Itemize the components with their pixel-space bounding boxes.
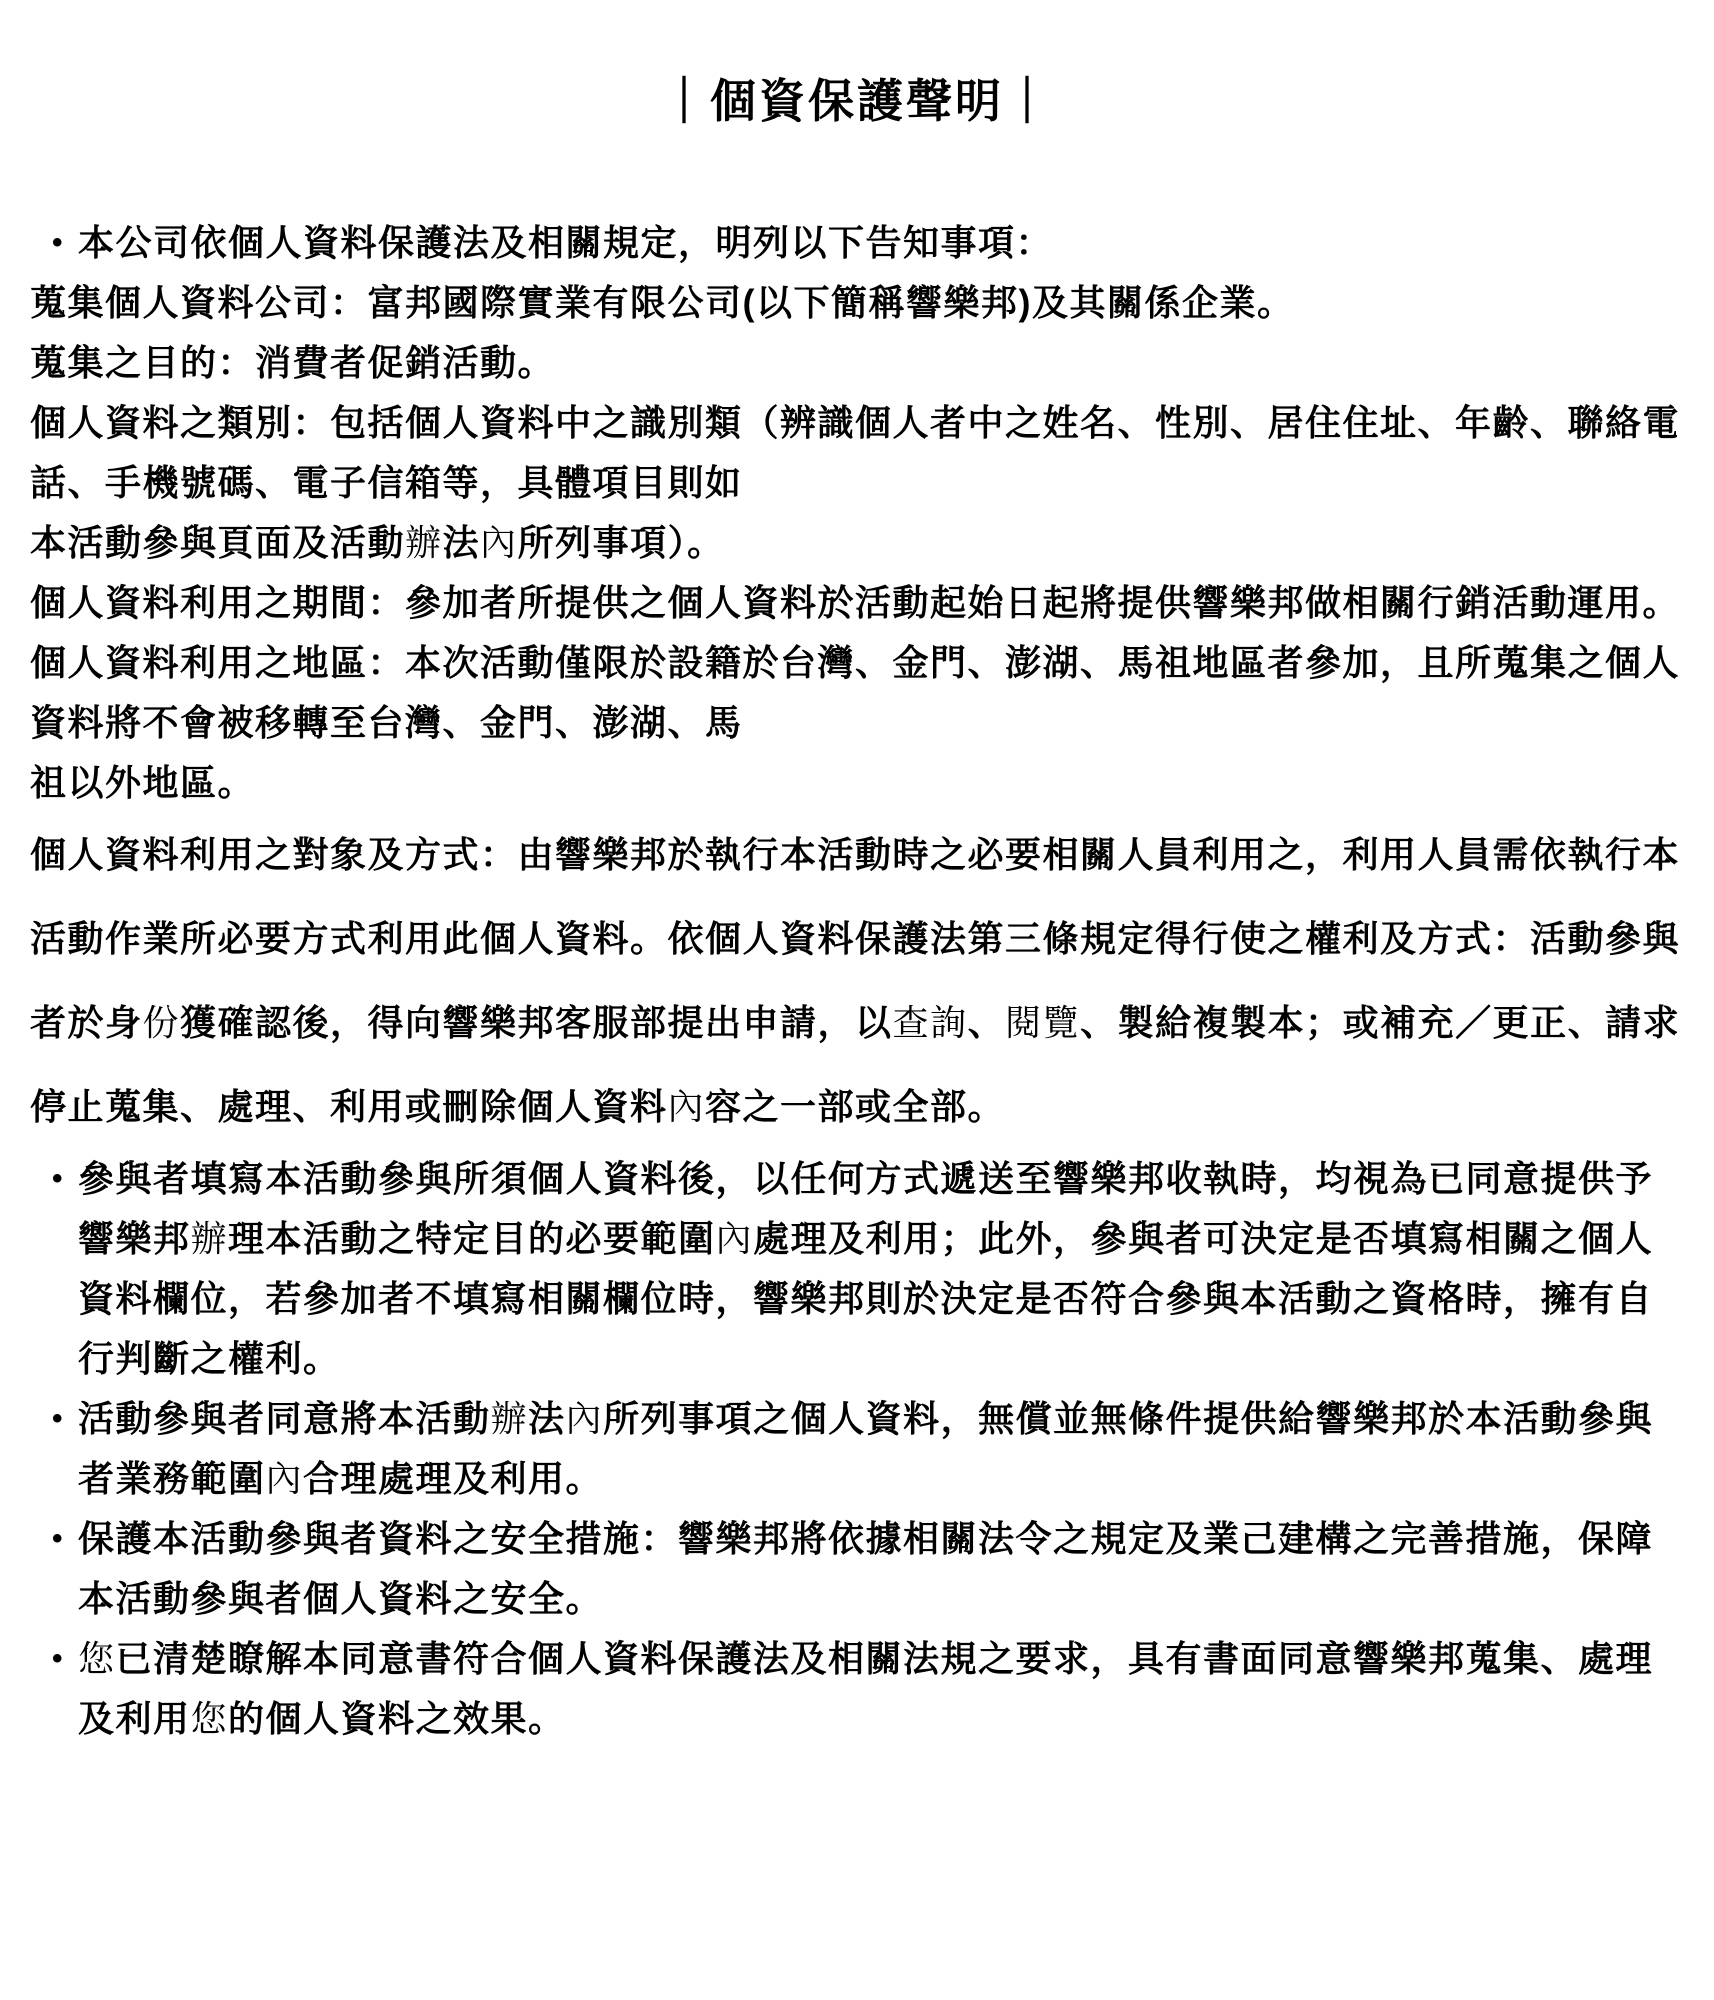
- term-text: 活動參與者同意將本活動辦法內所列事項之個人資料，無償並無條件提供給響樂邦於本活動…: [78, 1398, 1653, 1499]
- paragraph-usage-region: 個人資料利用之地區：本次活動僅限於設籍於台灣、金門、澎湖、馬祖地區者參加，且所蒐…: [30, 633, 1684, 753]
- paragraph-usage-region-continued: 祖以外地區。: [30, 753, 1684, 813]
- term-text: 保護本活動參與者資料之安全措施：響樂邦將依據相關法令之規定及業己建構之完善措施，…: [78, 1518, 1653, 1619]
- paragraph-data-category: 個人資料之類別：包括個人資料中之識別類（辨識個人者中之姓名、性別、居住住址、年齡…: [30, 393, 1684, 513]
- paragraph-text: 個人資料之類別：包括個人資料中之識別類（辨識個人者中之姓名、性別、居住住址、年齡…: [30, 402, 1680, 503]
- term-item-written-consent-effect: 您已清楚瞭解本同意書符合個人資料保護法及相關法規之要求，具有書面同意響樂邦蒐集、…: [78, 1629, 1684, 1749]
- intro-list: 本公司依個人資料保護法及相關規定，明列以下告知事項：: [30, 213, 1684, 273]
- paragraph-text: 蒐集個人資料公司：富邦國際實業有限公司(以下簡稱響樂邦)及其關係企業。: [30, 282, 1294, 323]
- paragraph-usage-target-method: 個人資料利用之對象及方式：由響樂邦於執行本活動時之必要相關人員利用之，利用人員需…: [30, 813, 1684, 1149]
- paragraph-text: 蒐集之目的：消費者促銷活動。: [30, 342, 555, 383]
- paragraph-purpose: 蒐集之目的：消費者促銷活動。: [30, 333, 1684, 393]
- terms-list: 參與者填寫本活動參與所須個人資料後，以任何方式遞送至響樂邦收執時，均視為已同意提…: [30, 1149, 1684, 1749]
- paragraph-collecting-company: 蒐集個人資料公司：富邦國際實業有限公司(以下簡稱響樂邦)及其關係企業。: [30, 273, 1684, 333]
- term-text: 您已清楚瞭解本同意書符合個人資料保護法及相關法規之要求，具有書面同意響樂邦蒐集、…: [78, 1638, 1653, 1739]
- term-text: 參與者填寫本活動參與所須個人資料後，以任何方式遞送至響樂邦收執時，均視為已同意提…: [78, 1158, 1653, 1379]
- paragraph-text: 個人資料利用之期間：參加者所提供之個人資料於活動起始日起將提供響樂邦做相關行銷活…: [30, 582, 1680, 623]
- paragraph-text: 個人資料利用之對象及方式：由響樂邦於執行本活動時之必要相關人員利用之，利用人員需…: [30, 834, 1680, 1127]
- privacy-statement-document: ｜個資保護聲明｜ 本公司依個人資料保護法及相關規定，明列以下告知事項： 蒐集個人…: [0, 0, 1714, 1749]
- page-title: ｜個資保護聲明｜: [30, 74, 1684, 128]
- intro-bullet-item: 本公司依個人資料保護法及相關規定，明列以下告知事項：: [78, 213, 1684, 273]
- paragraph-data-category-continued: 本活動參與頁面及活動辦法內所列事項）。: [30, 513, 1684, 573]
- paragraph-text: 本活動參與頁面及活動辦法內所列事項）。: [30, 522, 725, 563]
- term-item-consent-on-submission: 參與者填寫本活動參與所須個人資料後，以任何方式遞送至響樂邦收執時，均視為已同意提…: [78, 1149, 1684, 1389]
- statement-paragraphs: 蒐集個人資料公司：富邦國際實業有限公司(以下簡稱響樂邦)及其關係企業。 蒐集之目…: [30, 273, 1684, 1149]
- term-item-free-unconditional-provision: 活動參與者同意將本活動辦法內所列事項之個人資料，無償並無條件提供給響樂邦於本活動…: [78, 1389, 1684, 1509]
- paragraph-text: 祖以外地區。: [30, 762, 255, 803]
- paragraph-text: 個人資料利用之地區：本次活動僅限於設籍於台灣、金門、澎湖、馬祖地區者參加，且所蒐…: [30, 642, 1680, 743]
- term-item-security-measures: 保護本活動參與者資料之安全措施：響樂邦將依據相關法令之規定及業己建構之完善措施，…: [78, 1509, 1684, 1629]
- intro-bullet-text: 本公司依個人資料保護法及相關規定，明列以下告知事項：: [78, 222, 1053, 263]
- paragraph-usage-period: 個人資料利用之期間：參加者所提供之個人資料於活動起始日起將提供響樂邦做相關行銷活…: [30, 573, 1684, 633]
